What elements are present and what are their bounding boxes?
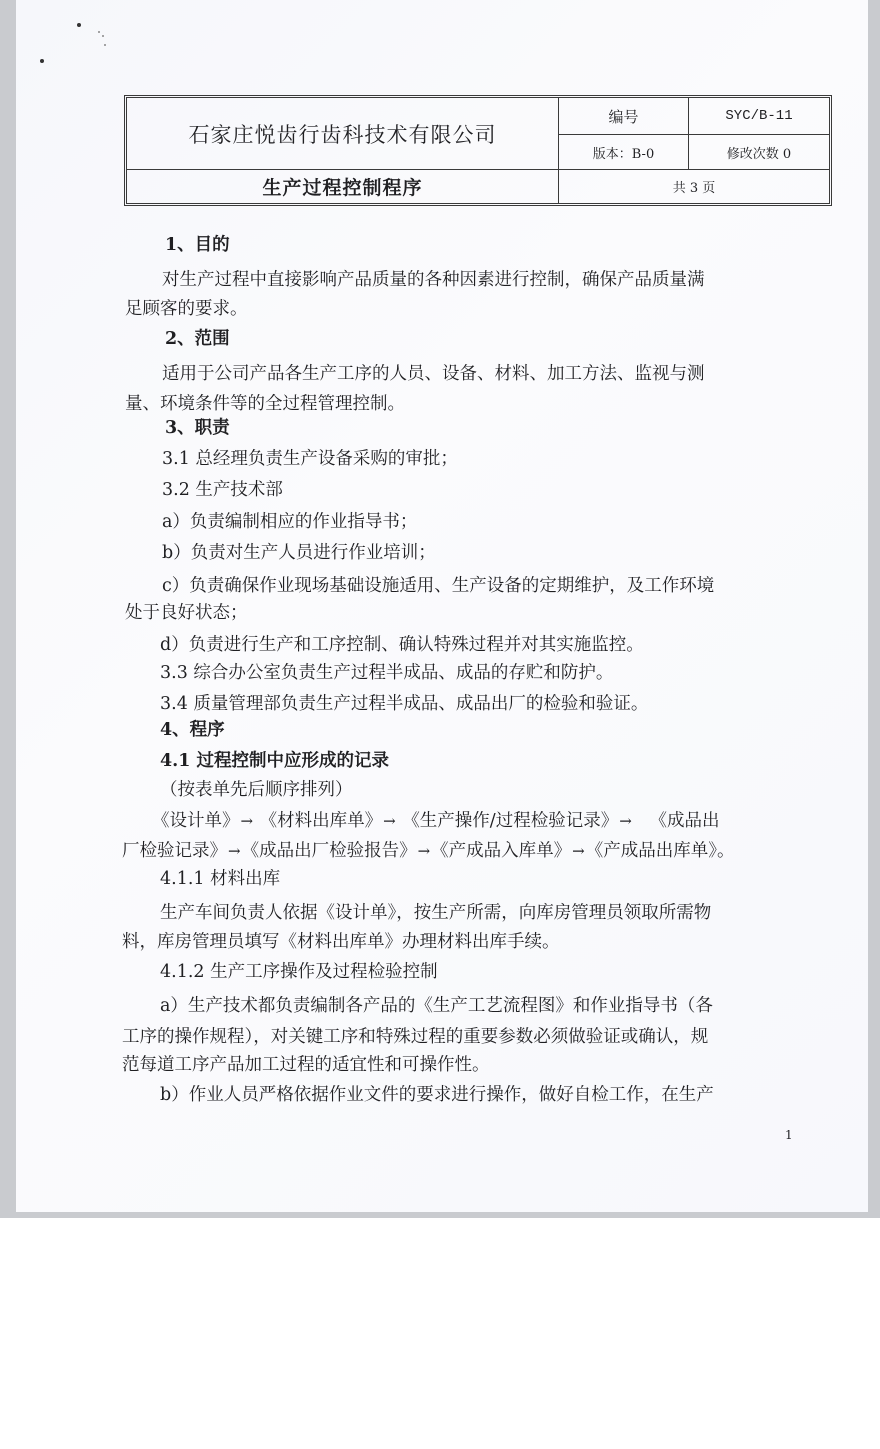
subsection-heading: 4.1.1 材料出库	[160, 867, 280, 891]
paragraph-line: 3.3 综合办公室负责生产过程半成品、成品的存贮和防护。	[160, 661, 613, 685]
paragraph-line: 处于良好状态；	[125, 601, 248, 625]
record-flow-line-1: 《设计单》→ 《材料出库单》→ 《生产操作/过程检验记录》→ 《成品出	[152, 809, 720, 833]
paragraph-line: a）生产技术都负责编制各产品的《生产工艺流程图》和作业指导书（各	[160, 994, 713, 1018]
subsection-heading: 4.1.2 生产工序操作及过程检验控制	[160, 960, 438, 984]
section-heading: 4、程序	[160, 718, 225, 742]
paragraph-line: b）作业人员严格依据作业文件的要求进行操作，做好自检工作，在生产	[160, 1083, 714, 1107]
flow-item: 《生产操作/过程检验记录》	[402, 811, 618, 831]
version-label: 版本：B-0	[559, 135, 689, 170]
paragraph-line: 3.2 生产技术部	[162, 478, 283, 502]
section-heading: 1、目的	[165, 233, 230, 257]
document-header-table: 石家庄悦齿行齿科技术有限公司 生产过程控制程序 编号 SYC/B-11 版本：B…	[124, 95, 832, 206]
paragraph-line: a）负责编制相应的作业指导书；	[162, 510, 417, 534]
paragraph-line: 足顾客的要求。	[125, 297, 248, 321]
paragraph-line: 量、环境条件等的全过程管理控制。	[125, 392, 405, 416]
record-flow-line-2: 厂检验记录》→《成品出厂检验报告》→《产成品入库单》→《产成品出库单》。	[122, 839, 734, 863]
arrow-right-icon: →	[228, 839, 241, 863]
paragraph-line: 3.1 总经理负责生产设备采购的审批；	[162, 447, 458, 471]
flow-item: 《材料出库单》	[260, 811, 383, 831]
paragraph-line: （按表单先后顺序排列）	[160, 778, 353, 802]
paragraph-line: 适用于公司产品各生产工序的人员、设备、材料、加工方法、监视与测	[162, 362, 705, 386]
section-heading: 2、范围	[165, 327, 230, 351]
paragraph-line: b）负责对生产人员进行作业培训；	[162, 541, 436, 565]
paragraph-line: 工序的操作规程），对关键工序和特殊过程的重要参数必须做验证或确认，规	[122, 1025, 708, 1049]
page-count: 共 3 页	[559, 170, 829, 203]
flow-item: 《设计单》	[152, 811, 240, 831]
arrow-right-icon: →	[383, 809, 396, 833]
scan-speck	[77, 23, 81, 27]
paragraph-line: 3.4 质量管理部负责生产过程半成品、成品出厂的检验和验证。	[160, 692, 648, 716]
paragraph-line: 生产车间负责人依据《设计单》，按生产所需，向库房管理员领取所需物	[160, 901, 711, 925]
subsection-heading: 4.1 过程控制中应形成的记录	[160, 749, 389, 773]
flow-item: 《成品出	[650, 811, 720, 831]
scan-speck	[104, 44, 106, 46]
flow-item: 《成品出厂检验报告》	[242, 841, 417, 861]
document-title: 生产过程控制程序	[127, 170, 559, 203]
scan-speck	[40, 59, 44, 63]
page-number: 1	[785, 1128, 793, 1142]
paragraph-line: 对生产过程中直接影响产品质量的各种因素进行控制，确保产品质量满	[162, 268, 705, 292]
arrow-right-icon: →	[418, 839, 431, 863]
scan-speck	[102, 35, 104, 37]
arrow-right-icon: →	[241, 809, 254, 833]
arrow-right-icon: →	[619, 809, 632, 833]
flow-item: 《产成品出库单》。	[586, 841, 735, 861]
company-name: 石家庄悦齿行齿科技术有限公司	[127, 98, 559, 170]
paragraph-line: d）负责进行生产和工序控制、确认特殊过程并对其实施监控。	[160, 633, 644, 657]
paragraph-line: 料，库房管理员填写《材料出库单》办理材料出库手续。	[122, 930, 560, 954]
number-label: 编号	[559, 98, 689, 135]
number-value: SYC/B-11	[689, 98, 829, 135]
arrow-right-icon: →	[572, 839, 585, 863]
section-heading: 3、职责	[165, 416, 230, 440]
paragraph-line: 范每道工序产品加工过程的适宜性和可操作性。	[122, 1053, 490, 1077]
flow-item: 厂检验记录》	[122, 841, 227, 861]
revision-label: 修改次数 0	[689, 135, 829, 170]
paragraph-line: c）负责确保作业现场基础设施适用、生产设备的定期维护，及工作环境	[162, 574, 714, 598]
flow-item: 《产成品入库单》	[431, 841, 571, 861]
scan-speck	[98, 31, 100, 33]
